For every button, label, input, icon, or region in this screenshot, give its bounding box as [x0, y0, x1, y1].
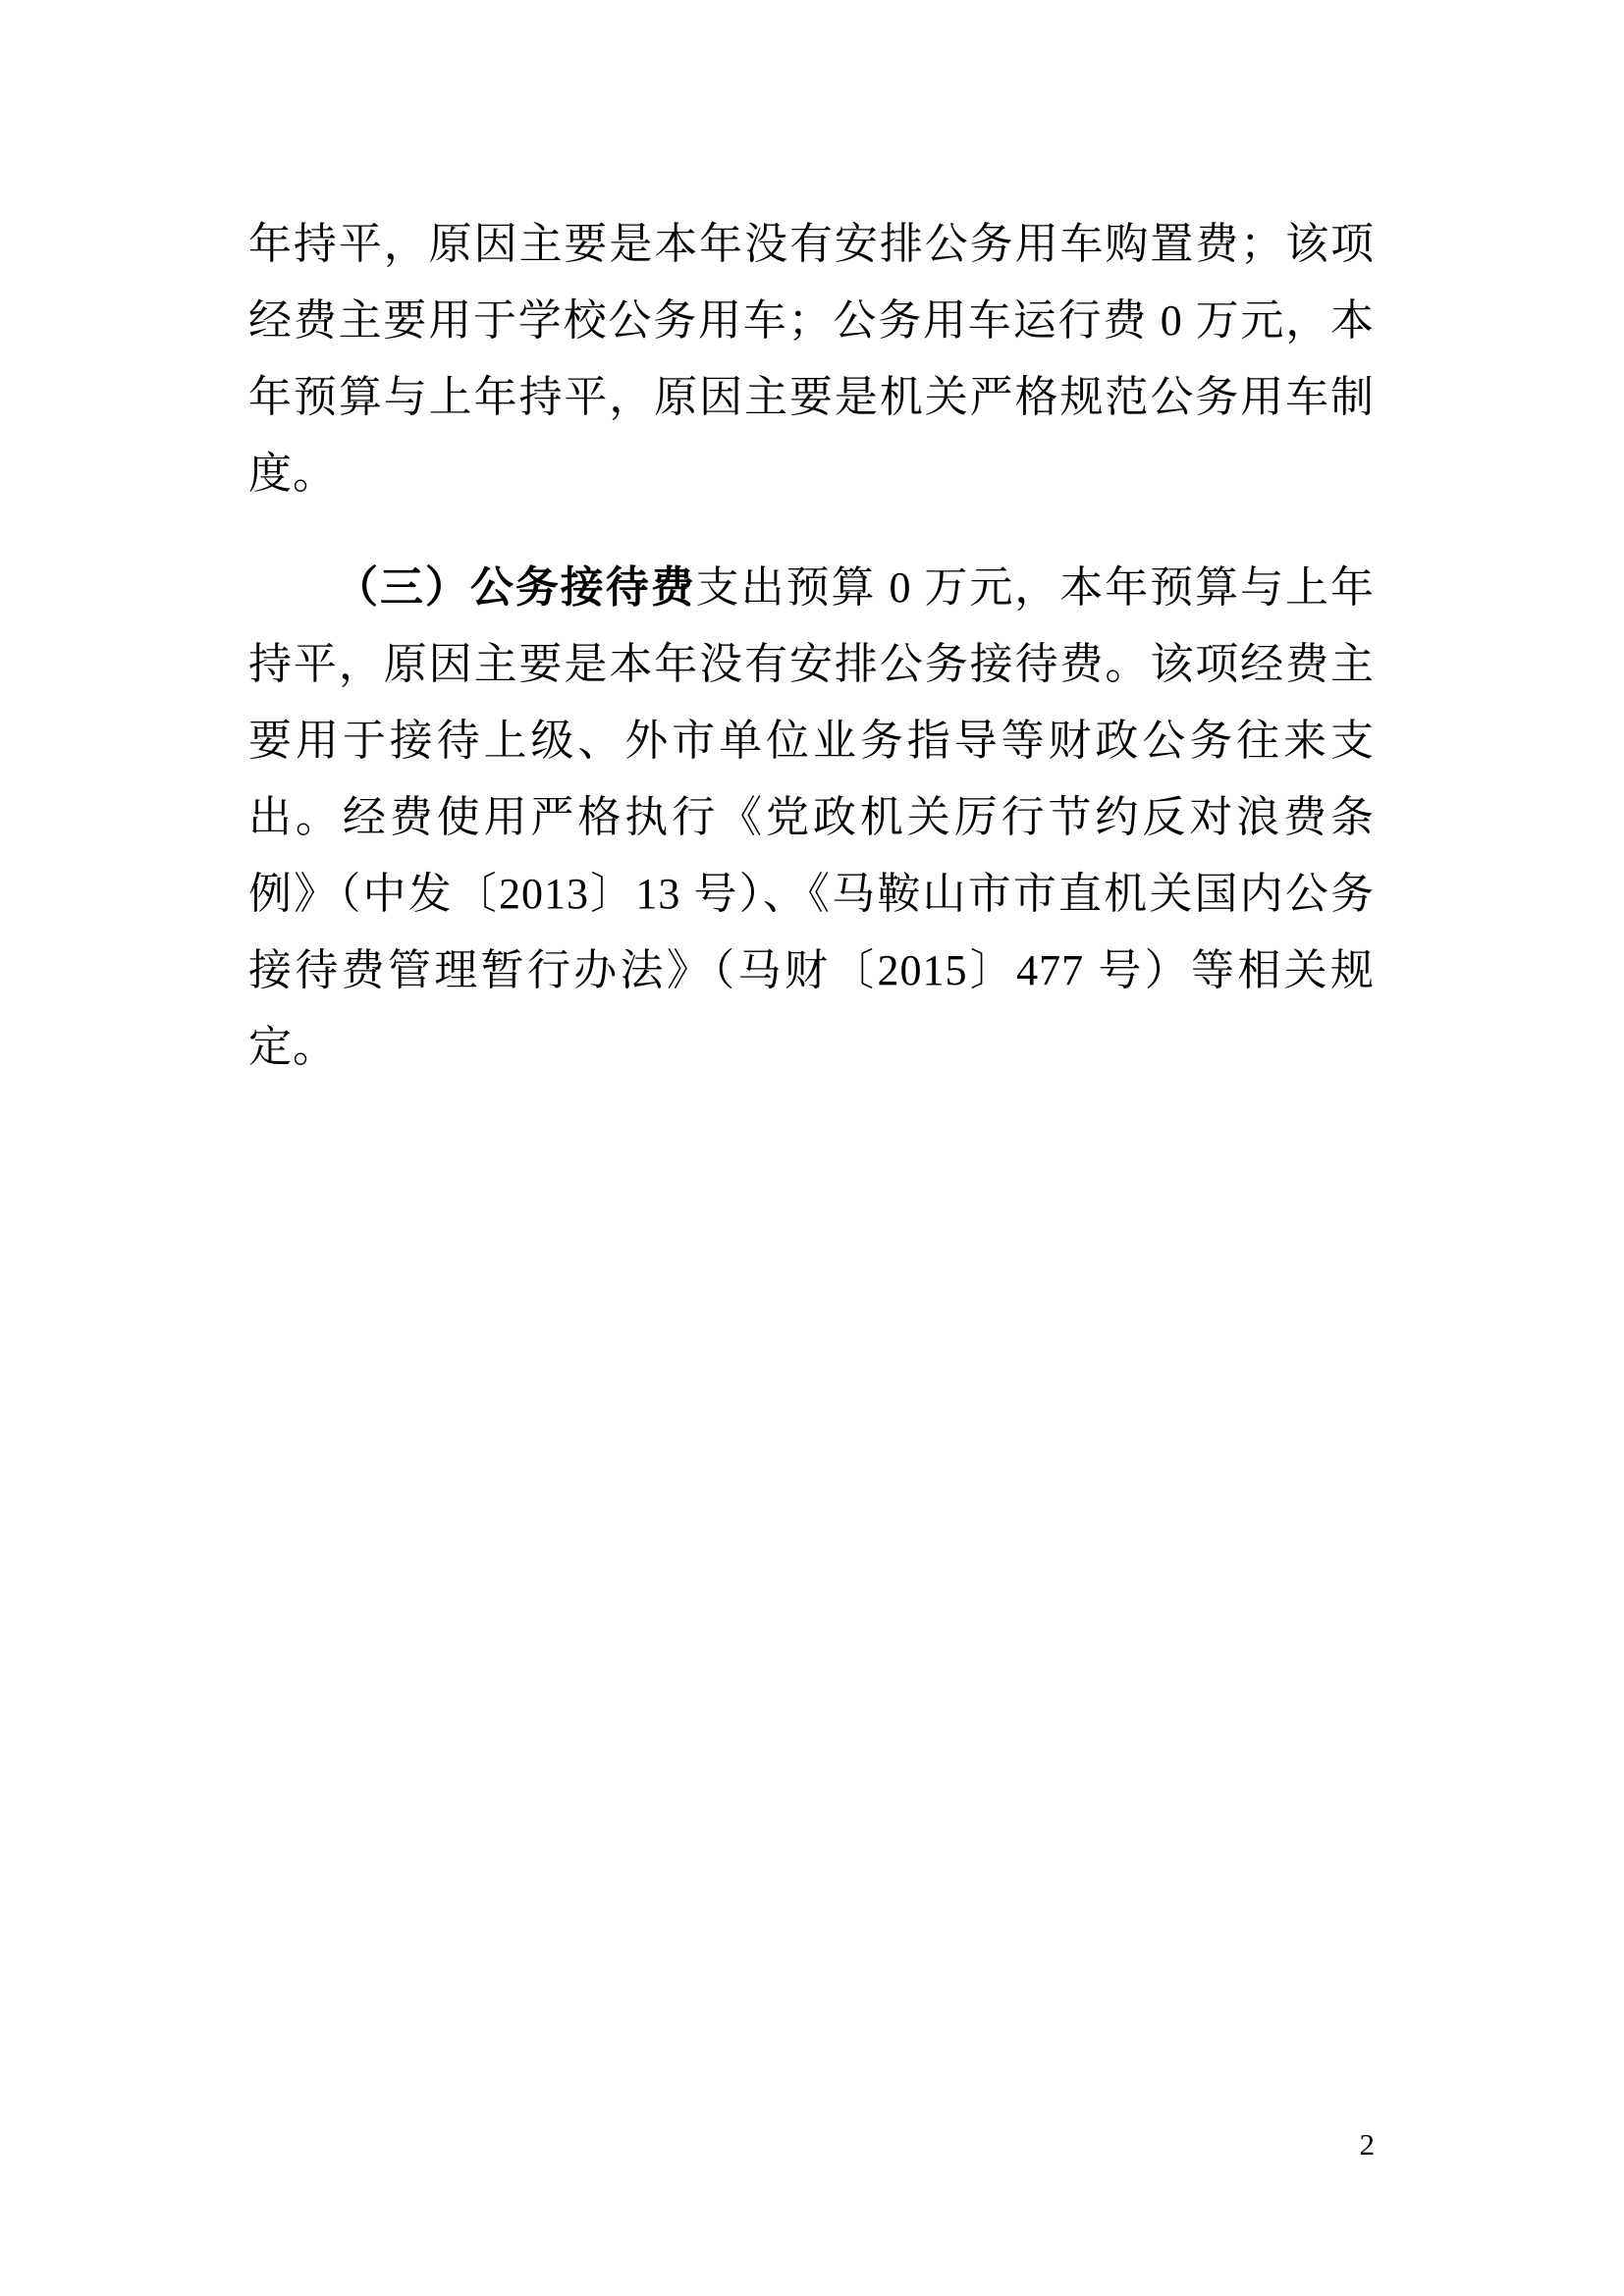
paragraph-reception-expense: （三）公务接待费支出预算 0 万元，本年预算与上年持平，原因主要是本年没有安排公… [248, 550, 1375, 1086]
page-number: 2 [248, 2125, 1375, 2164]
text-run: 年持平，原因主要是本年没有安排公务用车购置费；该项经费主要用于学校公务用车；公务… [248, 220, 1375, 498]
section-heading-run: （三）公务接待费 [335, 563, 696, 612]
document-page: 年持平，原因主要是本年没有安排公务用车购置费；该项经费主要用于学校公务用车；公务… [0, 0, 1624, 2296]
paragraph-vehicle-expense: 年持平，原因主要是本年没有安排公务用车购置费；该项经费主要用于学校公务用车；公务… [248, 206, 1375, 512]
document-body: 年持平，原因主要是本年没有安排公务用车购置费；该项经费主要用于学校公务用车；公务… [248, 206, 1375, 1086]
text-run: 支出预算 0 万元，本年预算与上年持平，原因主要是本年没有安排公务接待费。该项经… [248, 563, 1375, 1071]
